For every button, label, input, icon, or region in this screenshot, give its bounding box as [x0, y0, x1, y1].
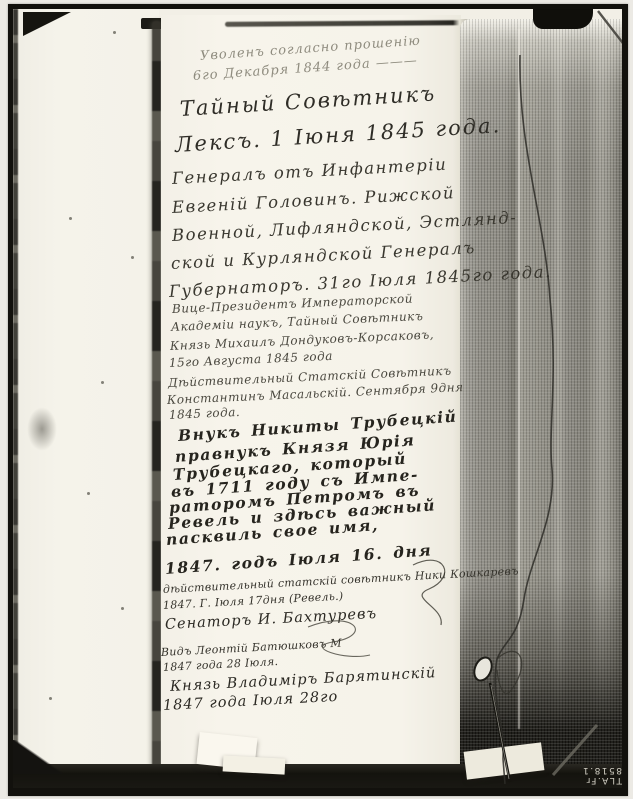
- pin-head: [471, 655, 495, 683]
- overlay-effects: [13, 9, 622, 788]
- pin-highlight: [491, 685, 509, 779]
- scratch-mark: [598, 11, 622, 51]
- thread-loop: [497, 651, 522, 693]
- loose-thread: [495, 55, 553, 784]
- ink-flourish: [308, 621, 370, 657]
- photo-scene: Уволенъ согласно прошенію6го Декабря 184…: [13, 9, 622, 788]
- archive-reference-label: TLA.Fr 8518.1: [541, 765, 622, 785]
- photo-print: Уволенъ согласно прошенію6го Декабря 184…: [8, 4, 628, 796]
- photograph-scan: Уволенъ согласно прошенію6го Декабря 184…: [0, 0, 633, 799]
- ink-flourish: [413, 560, 445, 625]
